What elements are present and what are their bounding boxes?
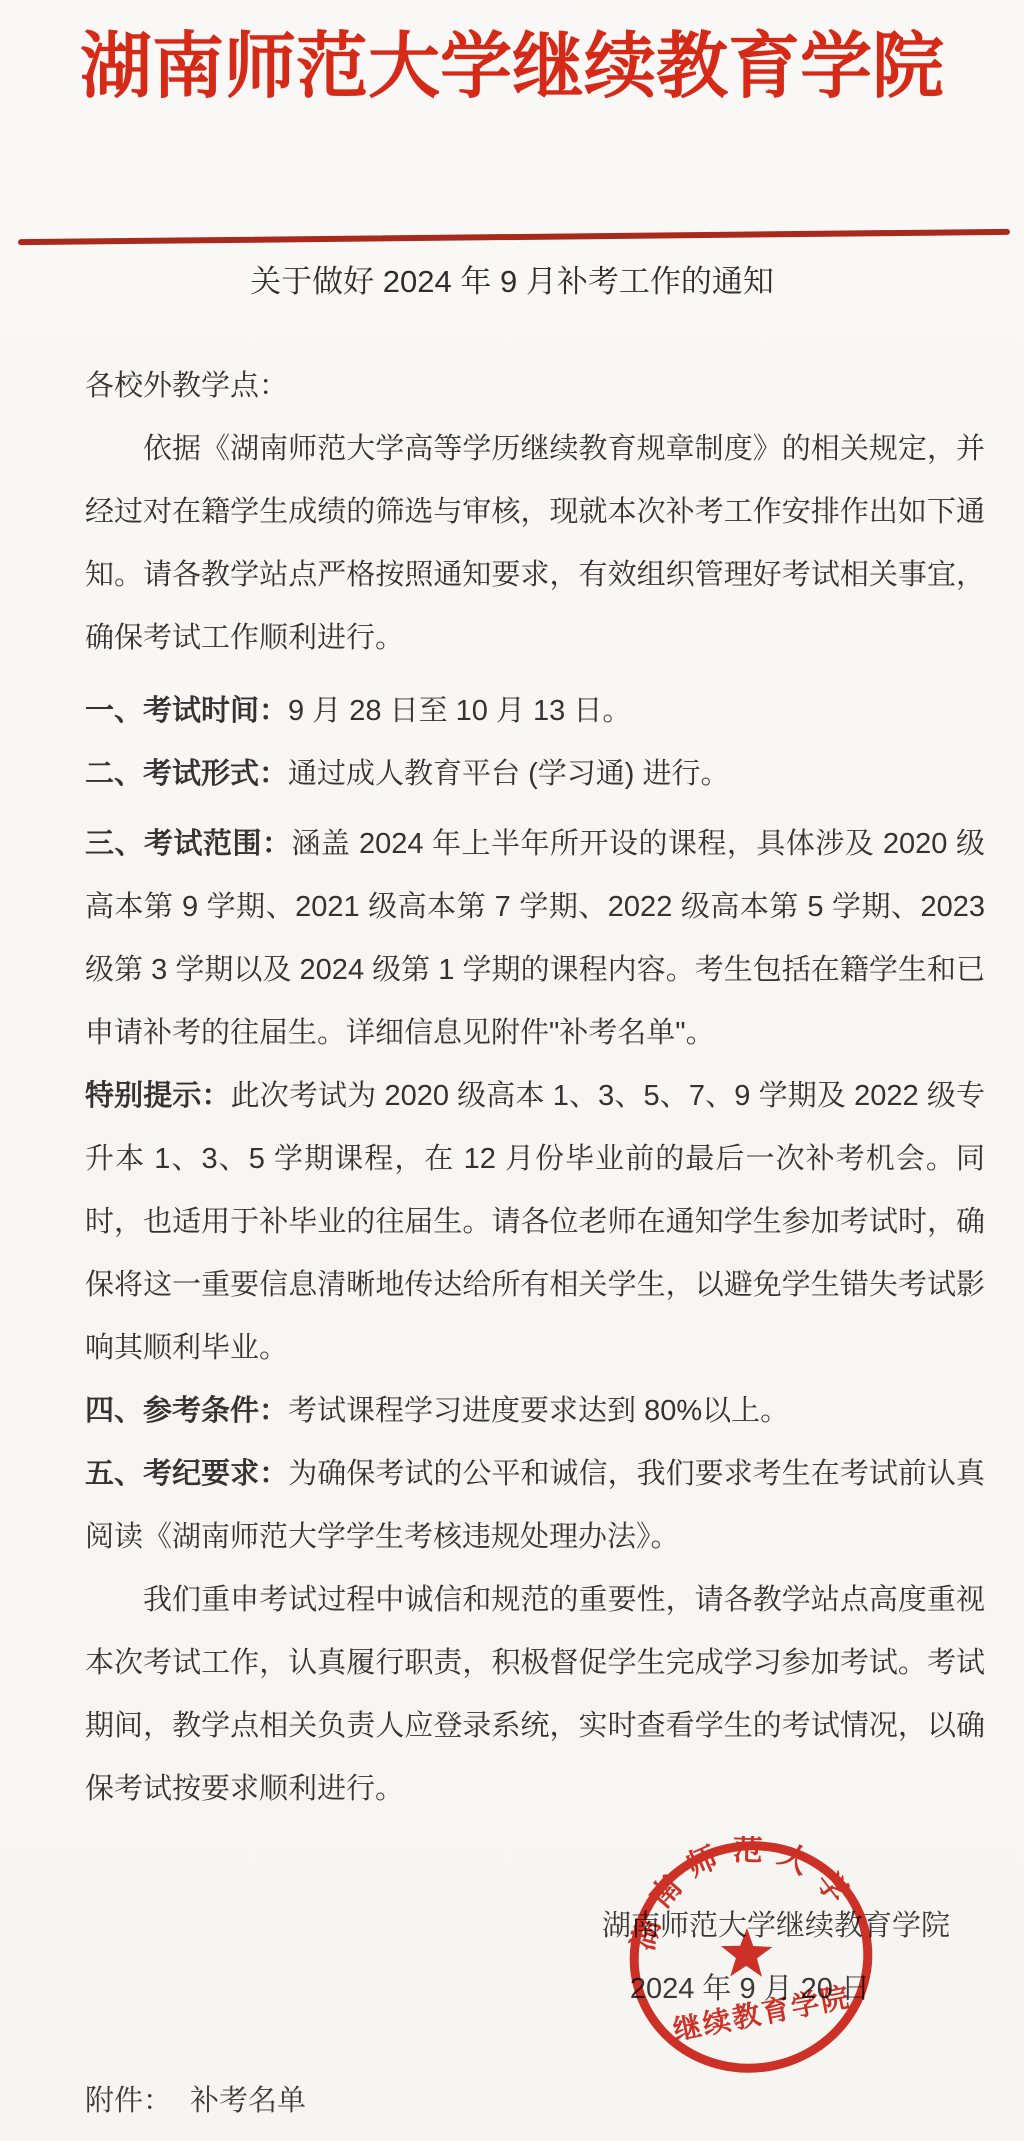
- letterhead-title: 湖南师范大学继续教育学院: [0, 8, 1024, 112]
- salutation: 各校外教学点：: [85, 355, 985, 418]
- section-label: 二、考试形式：: [85, 758, 288, 790]
- section-exam-format: 二、考试形式：通过成人教育平台 (学习通) 进行。: [85, 743, 985, 806]
- section-label: 特别提示：: [85, 1080, 231, 1112]
- paragraph-closing: 我们重申考试过程中诚信和规范的重要性，请各教学站点高度重视本次考试工作，认真履行…: [85, 1569, 985, 1821]
- section-discipline: 五、考纪要求：为确保考试的公平和诚信，我们要求考生在考试前认真阅读《湖南师范大学…: [85, 1443, 985, 1569]
- paragraph-intro: 依据《湖南师范大学高等学历继续教育规章制度》的相关规定，并经过对在籍学生成绩的筛…: [85, 418, 985, 670]
- seal-star-icon: [720, 1927, 772, 1977]
- section-special-note: 特别提示：此次考试为 2020 级高本 1、3、5、7、9 学期及 2022 级…: [85, 1065, 985, 1380]
- notice-body: 各校外教学点： 依据《湖南师范大学高等学历继续教育规章制度》的相关规定，并经过对…: [85, 355, 985, 1821]
- section-label: 三、考试范围：: [85, 828, 291, 860]
- section-exam-time: 一、考试时间：9 月 28 日至 10 月 13 日。: [85, 680, 985, 743]
- section-label: 四、参考条件：: [85, 1395, 288, 1427]
- section-text: 通过成人教育平台 (学习通) 进行。: [288, 758, 729, 790]
- section-text: 9 月 28 日至 10 月 13 日。: [288, 695, 631, 727]
- section-label: 一、考试时间：: [85, 695, 288, 727]
- section-text: 此次考试为 2020 级高本 1、3、5、7、9 学期及 2022 级专升本 1…: [85, 1080, 985, 1364]
- notice-title: 关于做好 2024 年 9 月补考工作的通知: [0, 256, 1024, 301]
- letterhead-divider: [18, 229, 1010, 245]
- paragraph-text: 我们重申考试过程中诚信和规范的重要性，请各教学站点高度重视本次考试工作，认真履行…: [85, 1584, 985, 1805]
- section-participation-condition: 四、参考条件：考试课程学习进度要求达到 80%以上。: [85, 1380, 985, 1443]
- attachment-label: 附件：: [85, 2085, 172, 2117]
- document-page: 湖南师范大学继续教育学院 关于做好 2024 年 9 月补考工作的通知 各校外教…: [0, 0, 1024, 2141]
- attachment-line: 附件：补考名单: [85, 2078, 306, 2119]
- section-exam-scope: 三、考试范围：涵盖 2024 年上半年所开设的课程，具体涉及 2020 级高本第…: [85, 813, 985, 1065]
- official-seal: 湖南师范大学 继续教育学院: [622, 1836, 880, 2078]
- paragraph-text: 依据《湖南师范大学高等学历继续教育规章制度》的相关规定，并经过对在籍学生成绩的筛…: [85, 433, 985, 654]
- section-text: 考试课程学习进度要求达到 80%以上。: [288, 1395, 789, 1427]
- section-text: 涵盖 2024 年上半年所开设的课程，具体涉及 2020 级高本第 9 学期、2…: [85, 828, 985, 1049]
- attachment-value: 补考名单: [190, 2085, 306, 2117]
- section-label: 五、考纪要求：: [85, 1458, 288, 1490]
